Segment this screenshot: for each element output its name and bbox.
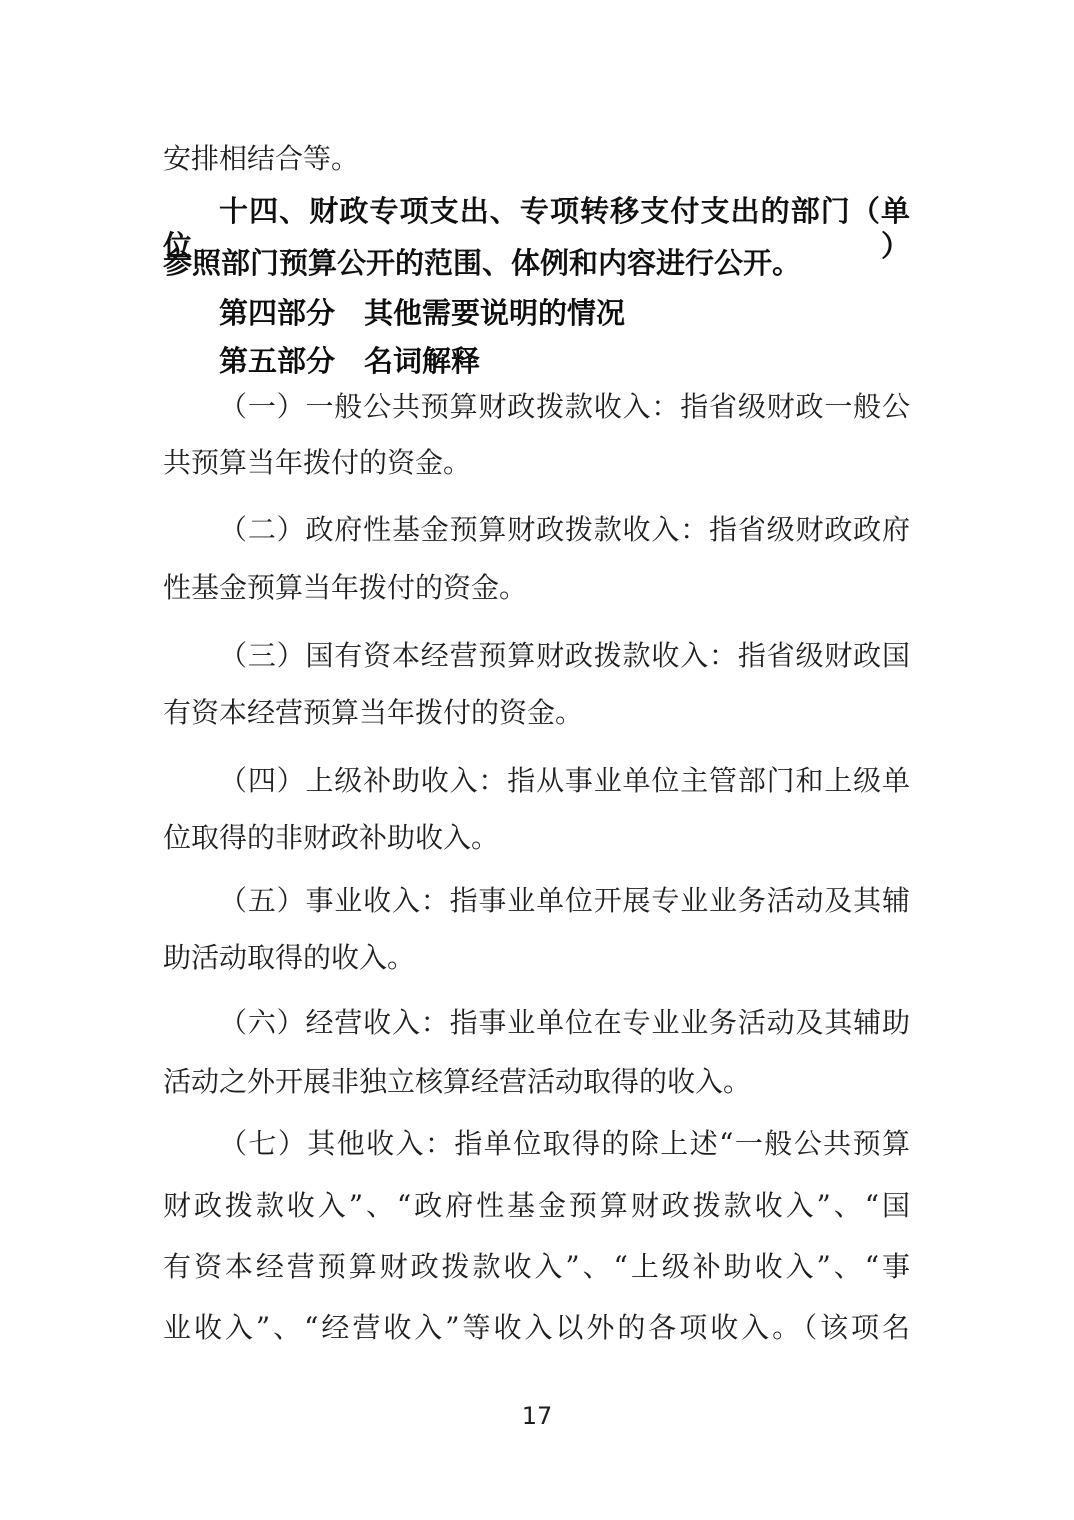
document-line: 业收入”、“经营收入”等收入以外的各项收入。（该项名	[163, 1311, 910, 1345]
document-line: 共预算当年拨付的资金。	[163, 446, 910, 480]
document-line: （五）事业收入：指事业单位开展专业业务活动及其辅	[163, 884, 910, 918]
document-line: （三）国有资本经营预算财政拨款收入：指省级财政国	[163, 639, 910, 673]
document-line: 参照部门预算公开的范围、体例和内容进行公开。	[163, 246, 910, 281]
document-line: （一）一般公共预算财政拨款收入：指省级财政一般公	[163, 390, 910, 424]
document-line: 活动之外开展非独立核算经营活动取得的收入。	[163, 1065, 910, 1099]
document-line: 助活动取得的收入。	[163, 941, 910, 975]
document-line: 性基金预算当年拨付的资金。	[163, 571, 910, 605]
document-line: （七）其他收入：指单位取得的除上述“一般公共预算	[163, 1127, 910, 1161]
document-line: 有资本经营预算财政拨款收入”、“上级补助收入”、“事	[163, 1250, 910, 1284]
document-line: 安排相结合等。	[163, 142, 910, 176]
document-line: （六）经营收入：指事业单位在专业业务活动及其辅助	[163, 1006, 910, 1040]
section-heading: 第四部分 其他需要说明的情况	[163, 297, 910, 332]
document-line: 位取得的非财政补助收入。	[163, 821, 910, 855]
document-line: 有资本经营预算当年拨付的资金。	[163, 696, 910, 730]
document-line: 财政拨款收入”、“政府性基金预算财政拨款收入”、“国	[163, 1189, 910, 1223]
section-heading: 第五部分 名词解释	[163, 345, 910, 380]
document-line: （二）政府性基金预算财政拨款收入：指省级财政政府	[163, 513, 910, 547]
document-page: 安排相结合等。 十四、财政专项支出、专项转移支付支出的部门（单位） 参照部门预算…	[0, 0, 1074, 1520]
page-number: 17	[0, 1402, 1074, 1430]
document-line: （四）上级补助收入：指从事业单位主管部门和上级单	[163, 764, 910, 798]
